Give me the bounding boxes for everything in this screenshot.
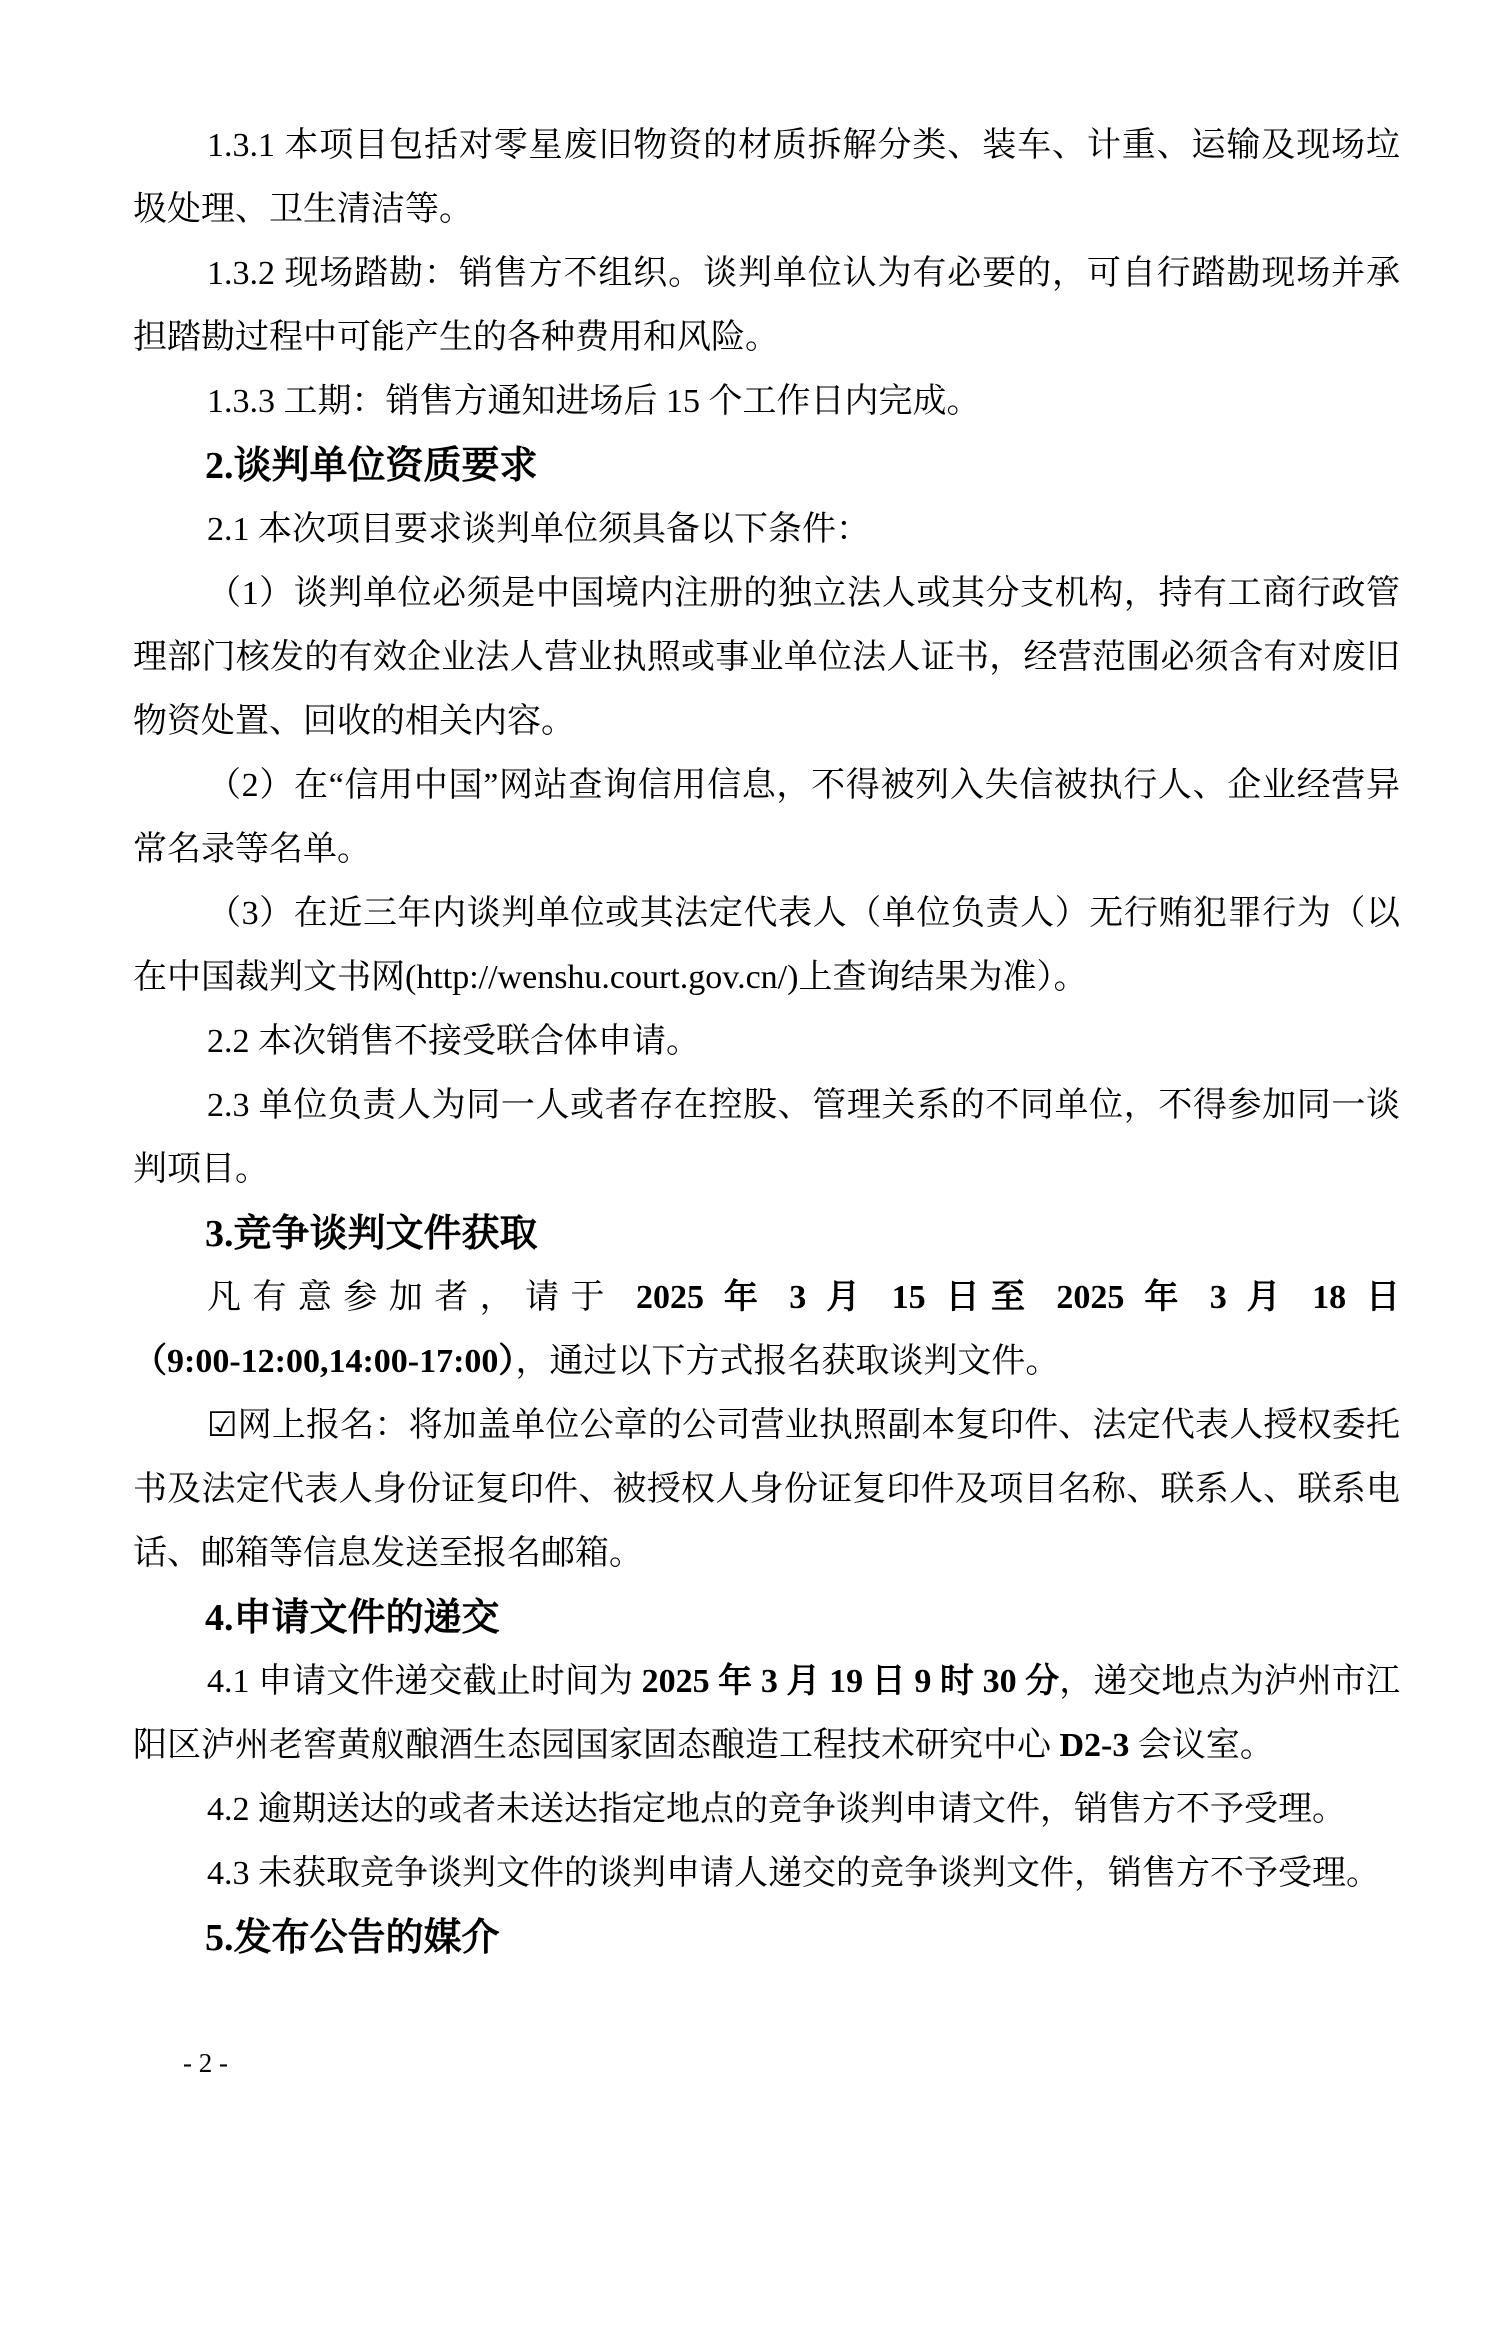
text-run: 1.3.3 工期：销售方通知进场后 15 个工作日内完成。 xyxy=(207,383,981,420)
paragraph: 凡有意参加者，请于 2025 年 3 月 15 日至 2025 年 3 月 18… xyxy=(133,1266,1400,1394)
paragraph: 1.3.1 本项目包括对零星废旧物资的材质拆解分类、装车、计重、运输及现场垃圾处… xyxy=(133,114,1400,242)
page-footer: - 2 - xyxy=(183,2048,228,2078)
text-run: （1）谈判单位必须是中国境内注册的独立法人或其分支机构，持有工商行政管理部门核发… xyxy=(133,575,1400,740)
paragraph: 4.3 未获取竞争谈判文件的谈判申请人递交的竞争谈判文件，销售方不予受理。 xyxy=(133,1842,1400,1906)
text-run: 2.3 单位负责人为同一人或者存在控股、管理关系的不同单位，不得参加同一谈判项目… xyxy=(133,1087,1400,1188)
section-heading: 4.申请文件的递交 xyxy=(133,1586,1400,1650)
paragraph: 4.1 申请文件递交截止时间为 2025 年 3 月 19 日 9 时 30 分… xyxy=(133,1650,1400,1778)
text-run: 4.1 申请文件递交截止时间为 xyxy=(207,1663,642,1700)
text-run: 2.谈判单位资质要求 xyxy=(205,445,538,487)
checkbox-checked-icon: ☑ xyxy=(207,1407,237,1444)
paragraph: 1.3.2 现场踏勘：销售方不组织。谈判单位认为有必要的，可自行踏勘现场并承担踏… xyxy=(133,242,1400,370)
text-run: 4.申请文件的递交 xyxy=(205,1597,500,1639)
paragraph: （3）在近三年内谈判单位或其法定代表人（单位负责人）无行贿犯罪行为（以在中国裁判… xyxy=(133,882,1400,1010)
text-run: （9:00-12:00,14:00-17:00） xyxy=(133,1343,515,1380)
text-run: 3.竞争谈判文件获取 xyxy=(205,1213,538,1255)
paragraph: 2.1 本次项目要求谈判单位须具备以下条件： xyxy=(133,498,1400,562)
text-run: 2.2 本次销售不接受联合体申请。 xyxy=(207,1023,700,1060)
text-run: （2）在“信用中国”网站查询信用信息，不得被列入失信被执行人、企业经营异常名录等… xyxy=(133,767,1400,868)
wenshu-court-url-text: (http://wenshu.court.gov.cn/) xyxy=(405,959,798,996)
document-page: 1.3.1 本项目包括对零星废旧物资的材质拆解分类、装车、计重、运输及现场垃圾处… xyxy=(0,0,1500,2331)
paragraph: 4.2 逾期送达的或者未送达指定地点的竞争谈判申请文件，销售方不予受理。 xyxy=(133,1778,1400,1842)
section-heading: 3.竞争谈判文件获取 xyxy=(133,1202,1400,1266)
text-run: 网上报名：将加盖单位公章的公司营业执照副本复印件、法定代表人授权委托书及法定代表… xyxy=(133,1407,1400,1572)
text-run: 4.3 未获取竞争谈判文件的谈判申请人递交的竞争谈判文件，销售方不予受理。 xyxy=(207,1855,1380,1892)
text-run: 2025 年 3 月 19 日 9 时 30 分 xyxy=(642,1663,1060,1700)
text-run: 4.2 逾期送达的或者未送达指定地点的竞争谈判申请文件，销售方不予受理。 xyxy=(207,1791,1346,1828)
text-run: 1.3.2 现场踏勘：销售方不组织。谈判单位认为有必要的，可自行踏勘现场并承担踏… xyxy=(133,255,1400,356)
section-heading: 5.发布公告的媒介 xyxy=(133,1906,1400,1970)
text-run: 5.发布公告的媒介 xyxy=(205,1917,500,1959)
paragraph: （2）在“信用中国”网站查询信用信息，不得被列入失信被执行人、企业经营异常名录等… xyxy=(133,754,1400,882)
text-run: ，通过以下方式报名获取谈判文件。 xyxy=(515,1343,1059,1380)
text-run: 2.1 本次项目要求谈判单位须具备以下条件： xyxy=(207,511,870,548)
text-run: 2025 年 3 月 15 日至 2025 年 3 月 18 日 xyxy=(636,1279,1400,1316)
text-run: 会议室。 xyxy=(1129,1727,1274,1764)
page-number: - 2 - xyxy=(183,2048,228,2078)
text-run: 上查询结果为准）。 xyxy=(798,959,1087,996)
paragraph: （1）谈判单位必须是中国境内注册的独立法人或其分支机构，持有工商行政管理部门核发… xyxy=(133,562,1400,754)
text-run: 凡有意参加者，请于 xyxy=(207,1279,636,1316)
paragraph: 2.3 单位负责人为同一人或者存在控股、管理关系的不同单位，不得参加同一谈判项目… xyxy=(133,1074,1400,1202)
text-run: 1.3.1 本项目包括对零星废旧物资的材质拆解分类、装车、计重、运输及现场垃圾处… xyxy=(133,127,1400,228)
document-content: 1.3.1 本项目包括对零星废旧物资的材质拆解分类、装车、计重、运输及现场垃圾处… xyxy=(133,114,1400,1970)
text-run: D2-3 xyxy=(1060,1727,1130,1764)
paragraph: ☑网上报名：将加盖单位公章的公司营业执照副本复印件、法定代表人授权委托书及法定代… xyxy=(133,1394,1400,1586)
paragraph: 1.3.3 工期：销售方通知进场后 15 个工作日内完成。 xyxy=(133,370,1400,434)
section-heading: 2.谈判单位资质要求 xyxy=(133,434,1400,498)
paragraph: 2.2 本次销售不接受联合体申请。 xyxy=(133,1010,1400,1074)
